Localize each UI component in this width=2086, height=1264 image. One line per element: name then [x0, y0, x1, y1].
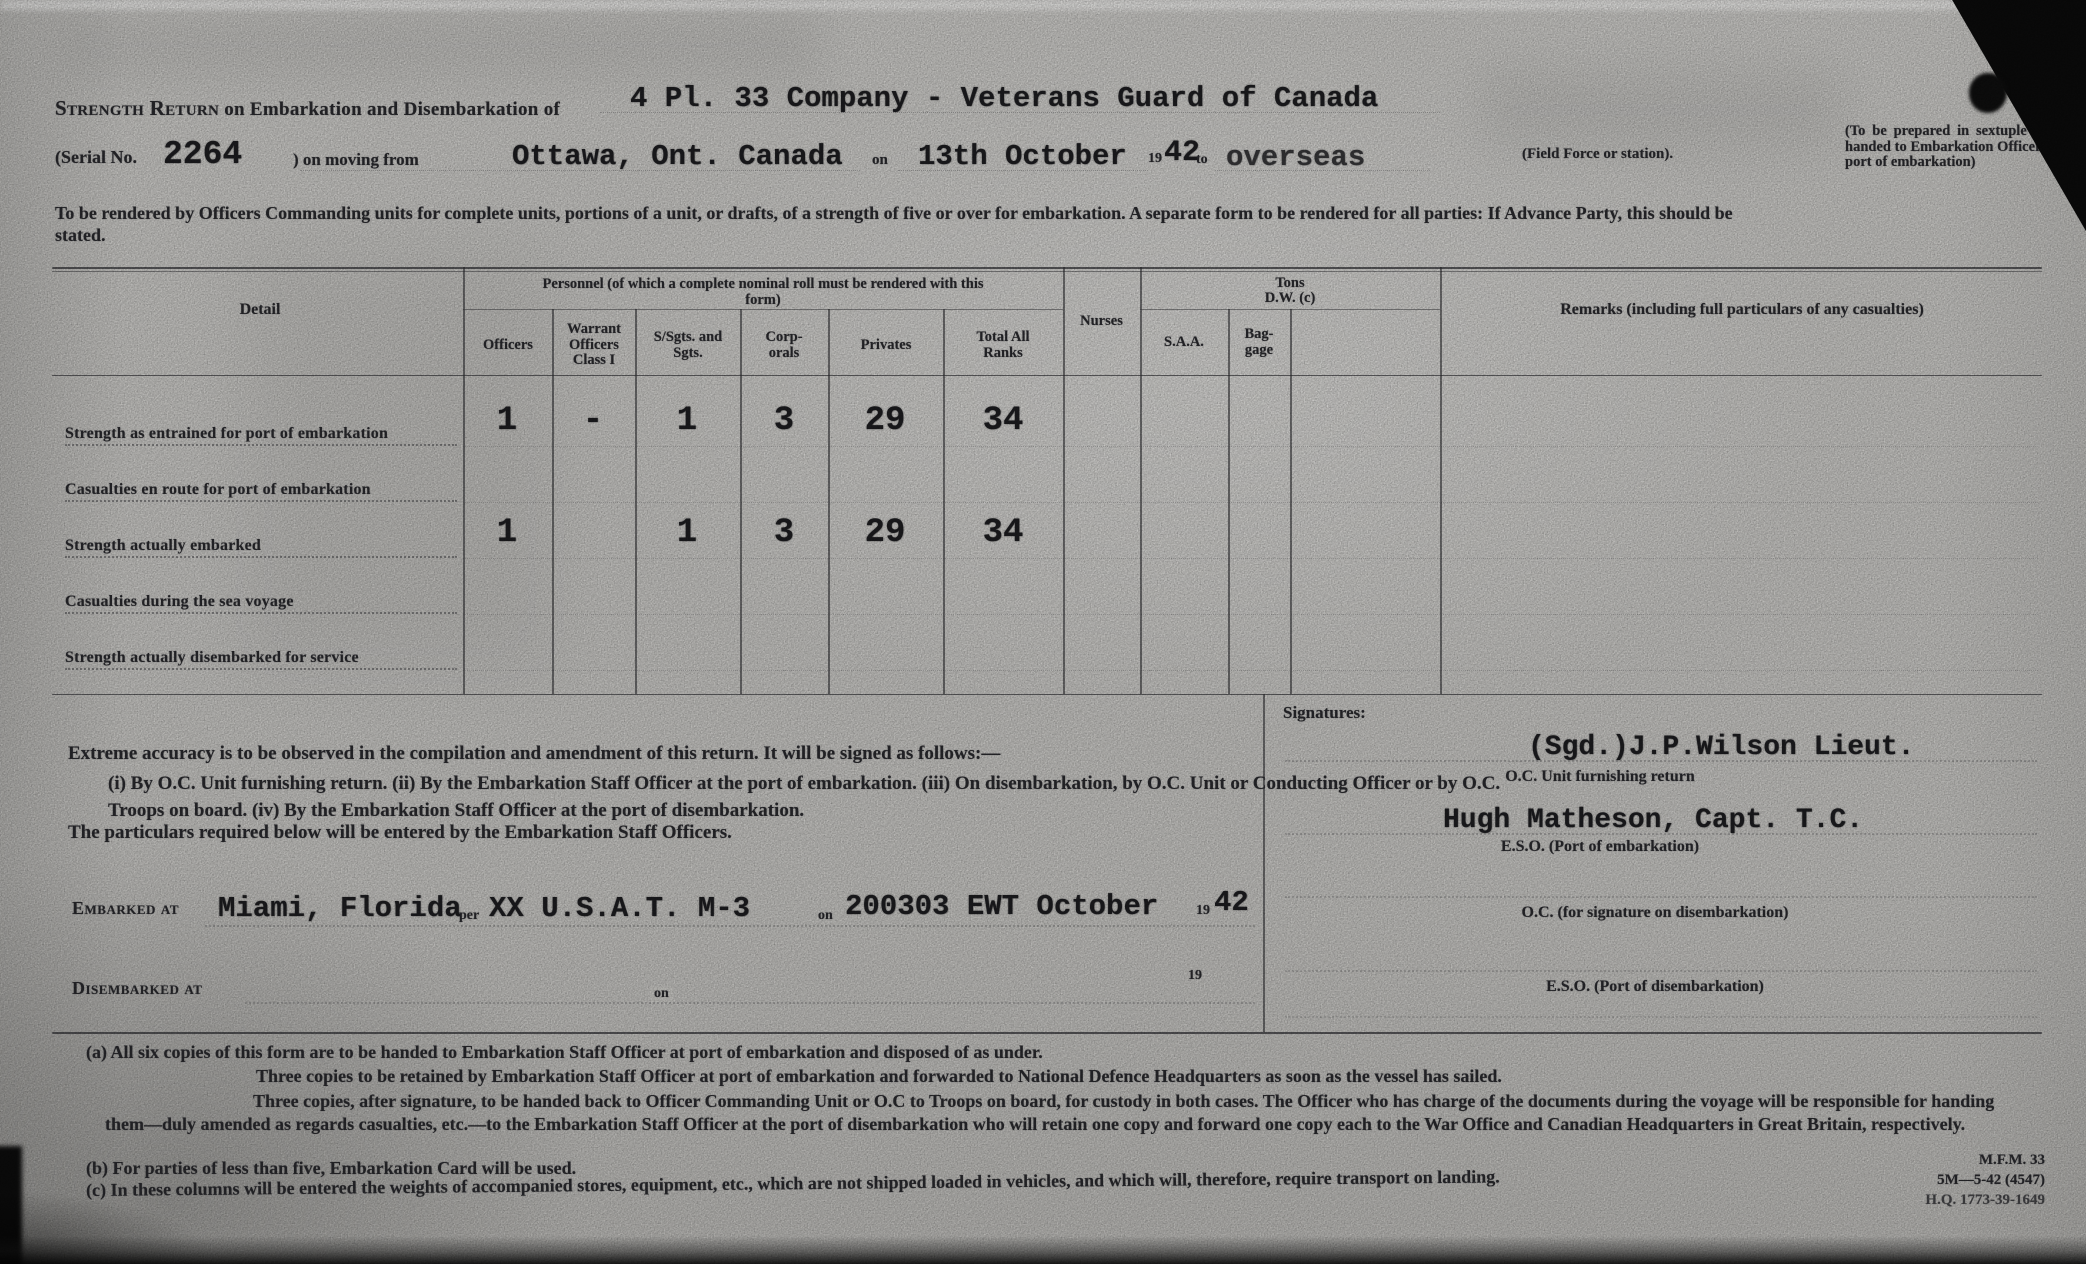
- table-vline: [1440, 267, 1442, 694]
- unit-name-value: 4 Pl. 33 Company - Veterans Guard of Can…: [630, 82, 1378, 115]
- embark-year-printed: 19: [1196, 903, 1210, 919]
- cell-value: 29: [840, 402, 930, 440]
- signatures-box-divider: [1263, 694, 1265, 1032]
- cell-value: 1: [462, 402, 552, 440]
- scan-shading: [60, 10, 820, 80]
- footer-note-a: (a) All six copies of this form are to b…: [86, 1042, 1986, 1063]
- row-label: Casualties during the sea voyage: [65, 592, 457, 614]
- cell-value: 29: [840, 514, 930, 552]
- table-top-rule: [52, 267, 2042, 269]
- col-header-sgts: S/Sgts. and Sgts.: [643, 330, 733, 361]
- table-vline: [1063, 267, 1065, 694]
- col-header-nurses: Nurses: [1063, 314, 1140, 330]
- render-instructions: To be rendered by Officers Commanding un…: [55, 202, 1760, 246]
- signature-line-5: [1285, 1016, 2037, 1018]
- table-top-rule-2: [52, 271, 2042, 272]
- serial-label: (Serial No.: [55, 147, 137, 168]
- destination-value: overseas: [1226, 141, 1365, 174]
- cell-value: 34: [958, 514, 1048, 552]
- signature-4-caption: E.S.O. (Port of disembarkation): [1480, 978, 1830, 996]
- embark-year-typed: 42: [1214, 886, 1249, 919]
- form-title: Strength Return on Embarkation and Disem…: [55, 96, 560, 121]
- embarked-at-label: Embarked at: [72, 898, 179, 919]
- row-label: Strength actually disembarked for servic…: [65, 648, 457, 670]
- col-header-corporals: Corp-orals: [756, 330, 812, 361]
- scanned-form-page: Strength Return on Embarkation and Disem…: [0, 0, 2086, 1264]
- moving-from-label: ) on moving from: [293, 150, 419, 170]
- signature-2-caption: E.S.O. (Port of embarkation): [1440, 838, 1760, 856]
- table-header-bottom-rule: [52, 375, 2042, 376]
- signature-line-4: [1285, 970, 2037, 972]
- disembarked-fill-line: [245, 1002, 1255, 1004]
- disembark-on-word: on: [650, 986, 673, 1002]
- row-rule: [463, 502, 2038, 503]
- col-group-personnel: Personnel (of which a complete nominal r…: [523, 277, 1003, 308]
- row-label: Strength actually embarked: [65, 536, 457, 558]
- embark-datetime-value: 200303 EWT October: [845, 890, 1158, 923]
- year-typed: 42: [1164, 136, 1200, 170]
- signature-line-3: [1285, 896, 2037, 898]
- disembarked-at-label: Disembarked at: [72, 978, 202, 999]
- form-code-2: 5M—5-42 (4547): [1845, 1172, 2045, 1189]
- signatures-label: Signatures:: [1283, 703, 1366, 723]
- row-rule: [463, 446, 2038, 447]
- table-vline: [463, 267, 465, 694]
- table-bottom-rule: [52, 694, 2042, 695]
- embarked-fill-line: [205, 925, 1255, 927]
- col-header-officers: Officers: [467, 338, 549, 354]
- disembark-year-printed: 19: [1188, 968, 1202, 984]
- table-vline: [1140, 267, 1142, 694]
- footer-divider-rule: [52, 1032, 2042, 1034]
- col-header-warrant-officers: Warrant Officers Class I: [558, 322, 630, 369]
- per-word: per: [459, 908, 479, 924]
- row-rule: [463, 558, 2038, 559]
- cell-value: 34: [958, 402, 1048, 440]
- cell-value: -: [548, 402, 638, 440]
- date-value: 13th October: [918, 140, 1127, 173]
- form-code-3: H.Q. 1773-39-1649: [1845, 1192, 2045, 1209]
- scan-edge-left: [0, 1146, 22, 1264]
- col-header-baggage: Bag-gage: [1237, 327, 1281, 358]
- signature-2-value: Hugh Matheson, Capt. T.C.: [1443, 805, 1863, 836]
- cell-value: 1: [462, 514, 552, 552]
- row-rule: [463, 614, 2038, 615]
- cell-value: 1: [642, 514, 732, 552]
- scan-shading: [0, 0, 2086, 10]
- vessel-value: XX U.S.A.T. M-3: [489, 892, 750, 925]
- form-title-rest: on Embarkation and Disembarkation of: [224, 99, 560, 120]
- origin-value: Ottawa, Ont. Canada: [512, 140, 843, 173]
- accuracy-para-3: The particulars required below will be e…: [68, 822, 1268, 844]
- embark-on-word: on: [818, 908, 833, 924]
- scan-edge-bottom-left: [0, 1190, 220, 1264]
- form-code-1: M.F.M. 33: [1845, 1152, 2045, 1169]
- accuracy-para-2: (i) By O.C. Unit furnishing return. (ii)…: [108, 770, 1508, 824]
- footer-note-a-sub2: Three copies, after signature, to be han…: [105, 1090, 2000, 1136]
- year-printed: 19: [1148, 151, 1162, 167]
- row-label: Strength as entrained for port of embark…: [65, 424, 457, 446]
- cell-value: 3: [739, 402, 829, 440]
- footer-note-a-sub1: Three copies to be retained by Embarkati…: [256, 1066, 1996, 1087]
- form-title-strength-return: Strength Return: [55, 96, 219, 120]
- col-header-privates: Privates: [838, 338, 934, 354]
- signature-1-caption: O.C. Unit furnishing return: [1440, 768, 1760, 786]
- row-rule: [463, 670, 2038, 671]
- serial-value: 2264: [163, 136, 242, 173]
- row-label: Casualties en route for port of embarkat…: [65, 480, 457, 502]
- to-word: to: [1196, 152, 1208, 168]
- hole-punch-mark: [1969, 73, 2007, 113]
- col-header-detail: Detail: [160, 302, 360, 318]
- col-header-saa: S.A.A.: [1146, 335, 1222, 351]
- cell-value: 1: [642, 402, 732, 440]
- scan-edge-bottom: [0, 1236, 2086, 1264]
- signature-3-caption: O.C. (for signature on disembarkation): [1480, 904, 1830, 922]
- accuracy-para-1: Extreme accuracy is to be observed in th…: [68, 742, 1318, 766]
- page-corner-fold: [1944, 0, 2086, 238]
- embarked-place-value: Miami, Florida: [218, 892, 462, 925]
- sextuple-note: (To be prepared in sextuple and handed t…: [1845, 124, 2057, 171]
- col-header-remarks: Remarks (including full particulars of a…: [1442, 302, 2042, 318]
- cell-value: 3: [739, 514, 829, 552]
- field-force-label: (Field Force or station).: [1522, 146, 1673, 163]
- on-word: on: [872, 152, 888, 169]
- col-header-total: Total All Ranks: [968, 330, 1038, 361]
- signature-1-value: (Sgd.)J.P.Wilson Lieut.: [1528, 732, 1914, 763]
- scan-shading: [1480, 70, 1840, 150]
- tons-header-line2: D.W. (c): [1190, 291, 1390, 307]
